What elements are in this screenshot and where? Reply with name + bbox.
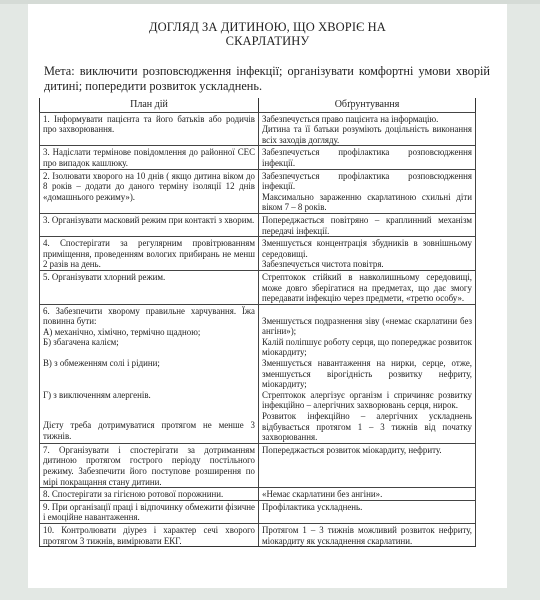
table-row-nutrition: 6. Забезпечити хворому правильне харчува… [40, 304, 476, 443]
reason-cell: Профілактика ускладнень. [259, 500, 476, 523]
plan-cell: 3. Організувати масковий режим при конта… [40, 213, 259, 236]
table-row: 4. Спостерігати за регулярним провітрюва… [40, 237, 476, 271]
plan-cell: 3. Надіслати термінове повідомлення до р… [40, 146, 259, 169]
plan-cell: 10. Контролювати діурез і характер сечі … [40, 523, 259, 546]
goal-paragraph: Мета: виключити розповсюдження інфекції;… [44, 64, 490, 94]
title-line-2: СКАРЛАТИНУ [28, 34, 507, 48]
plan-cell: 6. Забезпечити хворому правильне харчува… [40, 304, 259, 443]
header-plan: План дій [40, 98, 259, 112]
reason-cell: Попереджається повітряно – краплинний ме… [259, 213, 476, 236]
plan-cell: 5. Організувати хлорний режим. [40, 270, 259, 304]
plan-cell: 1. Інформувати пацієнта та його батьків … [40, 112, 259, 146]
care-plan-table: План дій Обґрунтування 1. Інформувати па… [39, 98, 476, 547]
reason-cell: Забезпечується право пацієнта на інформа… [259, 112, 476, 146]
table-row: 7. Організувати і спостерігати за дотрим… [40, 443, 476, 487]
table-row: 8. Спостерігати за гігієною ротової поро… [40, 488, 476, 501]
reason-cell: Забезпечується профілактика розповсюджен… [259, 146, 476, 169]
plan-cell: 8. Спостерігати за гігієною ротової поро… [40, 488, 259, 501]
table-row: 1. Інформувати пацієнта та його батьків … [40, 112, 476, 146]
table-header-row: План дій Обґрунтування [40, 98, 476, 112]
table-row: 5. Організувати хлорний режим. Стрептоко… [40, 270, 476, 304]
plan-cell: 4. Спостерігати за регулярним провітрюва… [40, 237, 259, 271]
reason-cell: Стрептокок стійкий в навколишньому серед… [259, 270, 476, 304]
table-row: 10. Контролювати діурез і характер сечі … [40, 523, 476, 546]
table-row: 2. Ізолювати хворого на 10 днів ( якщо д… [40, 169, 476, 213]
reason-cell: Попереджається розвиток міокардиту, нефр… [259, 443, 476, 487]
plan-cell: 7. Організувати і спостерігати за дотрим… [40, 443, 259, 487]
reason-cell: Зменшується подразнення зіву («немає ска… [259, 304, 476, 443]
title-line-1: ДОГЛЯД ЗА ДИТИНОЮ, ЩО ХВОРІЄ НА [28, 20, 507, 34]
header-reason: Обґрунтування [259, 98, 476, 112]
table-row: 3. Надіслати термінове повідомлення до р… [40, 146, 476, 169]
plan-cell: 2. Ізолювати хворого на 10 днів ( якщо д… [40, 169, 259, 213]
document-title: ДОГЛЯД ЗА ДИТИНОЮ, ЩО ХВОРІЄ НА СКАРЛАТИ… [28, 20, 507, 48]
reason-cell: Протягом 1 – 3 тижнів можливий розвиток … [259, 523, 476, 546]
plan-cell: 9. При організації праці і відпочинку об… [40, 500, 259, 523]
table-row: 9. При організації праці і відпочинку об… [40, 500, 476, 523]
reason-cell: «Немає скарлатини без ангіни». [259, 488, 476, 501]
reason-cell: Зменшується концентрація збудників в зов… [259, 237, 476, 271]
document-page: ДОГЛЯД ЗА ДИТИНОЮ, ЩО ХВОРІЄ НА СКАРЛАТИ… [28, 4, 507, 588]
table-row: 3. Організувати масковий режим при конта… [40, 213, 476, 236]
reason-cell: Забезпечується профілактика розповсюджен… [259, 169, 476, 213]
